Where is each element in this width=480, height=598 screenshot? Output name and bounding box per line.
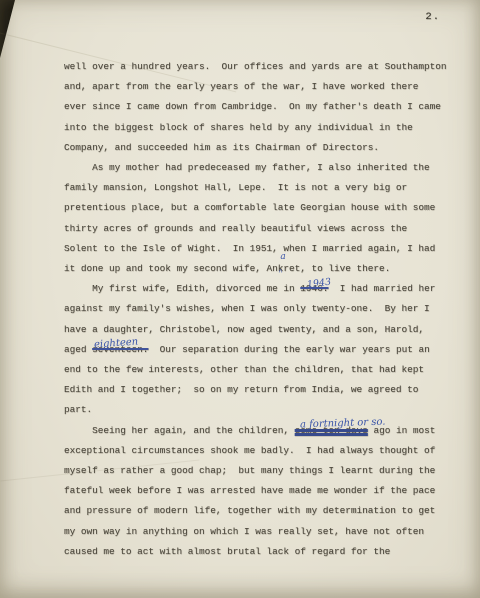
struck-text-group: seventeen.eighteen <box>92 340 148 360</box>
typed-text: ret, to live there. <box>283 263 390 274</box>
typed-text: well over a hundred years. Our offices a… <box>64 61 447 72</box>
typed-text: Seeing her again, and the children, <box>64 425 295 436</box>
typed-text: caused me to act with almost brutal lack… <box>64 546 390 557</box>
typed-text: myself as rather a good chap; but many t… <box>64 465 435 476</box>
caret-mark: ^ <box>278 270 282 277</box>
page-number: 2. <box>425 11 440 23</box>
typed-line: As my mother had predeceased my father, … <box>64 158 468 178</box>
typed-text: family mansion, Longshot Hall, Lepe. It … <box>64 182 407 193</box>
typed-text: aged <box>64 344 92 355</box>
typed-line: against my family's wishes, when I was o… <box>64 299 468 319</box>
typed-line: caused me to act with almost brutal lack… <box>64 542 468 562</box>
typed-text: my own way in anything on which I was re… <box>64 526 424 537</box>
typed-line: family mansion, Longshot Hall, Lepe. It … <box>64 178 468 198</box>
typed-text: fateful week before I was arrested have … <box>64 485 435 496</box>
typed-text: part. <box>64 404 92 415</box>
typed-line: Seeing her again, and the children, some… <box>64 421 468 441</box>
typed-text: Our separation during the early war year… <box>148 344 429 355</box>
typed-line: ever since I came down from Cambridge. O… <box>64 97 468 117</box>
typed-line: part. <box>64 400 468 420</box>
typed-line: into the biggest block of shares held by… <box>64 118 468 138</box>
typed-line: and pressure of modern life, together wi… <box>64 501 468 521</box>
typed-text: into the biggest block of shares held by… <box>64 122 413 133</box>
typed-text: As my mother had predeceased my father, … <box>64 162 430 173</box>
typed-text: against my family's wishes, when I was o… <box>64 303 430 314</box>
typed-line: my own way in anything on which I was re… <box>64 522 468 542</box>
typed-text: end to the few interests, other than the… <box>64 364 424 375</box>
typed-line: aged seventeen.eighteen Our separation d… <box>64 340 468 360</box>
typed-line: Solent to the Isle of Wight. In 1951, wh… <box>64 239 468 259</box>
typed-text: ever since I came down from Cambridge. O… <box>64 101 441 112</box>
typed-line: Company, and succeeded him as its Chairm… <box>64 138 468 158</box>
typed-line: My first wife, Edith, divorced me in 194… <box>64 279 468 299</box>
typed-line: end to the few interests, other than the… <box>64 360 468 380</box>
typed-line: thirty acres of grounds and really beaut… <box>64 219 468 239</box>
typed-line: pretentious place, but a comfortable lat… <box>64 198 468 218</box>
typed-text: exceptional circumstances shook me badly… <box>64 445 435 456</box>
typed-line: well over a hundred years. Our offices a… <box>64 57 468 77</box>
typed-text: pretentious place, but a comfortable lat… <box>64 202 435 213</box>
struck-text-group: some ten daysa fortnight or so. <box>295 421 368 441</box>
typed-text: it done up and took my second wife, Ank <box>64 263 283 274</box>
handwritten-inserted-letter: a <box>280 253 285 262</box>
scan-background-corner <box>0 0 16 60</box>
typed-line: exceptional circumstances shook me badly… <box>64 441 468 461</box>
typed-line: and, apart from the early years of the w… <box>64 77 468 97</box>
typed-text: have a daughter, Christobel, now aged tw… <box>64 324 424 335</box>
typed-lines: well over a hundred years. Our offices a… <box>64 57 468 562</box>
typed-text: thirty acres of grounds and really beaut… <box>64 223 407 234</box>
typed-line: myself as rather a good chap; but many t… <box>64 461 468 481</box>
typed-line: it done up and took my second wife, Anka… <box>64 259 468 279</box>
typed-text: Edith and I together; so on my return fr… <box>64 384 418 395</box>
typed-text: Company, and succeeded him as its Chairm… <box>64 142 379 153</box>
typed-text: My first wife, Edith, divorced me in <box>64 283 300 294</box>
typed-line: fateful week before I was arrested have … <box>64 481 468 501</box>
typed-line: Edith and I together; so on my return fr… <box>64 380 468 400</box>
scanned-document-page: 2. well over a hundred years. Our office… <box>0 0 480 598</box>
typed-text: and, apart from the early years of the w… <box>64 81 418 92</box>
typed-text: Solent to the Isle of Wight. In 1951, wh… <box>64 243 435 254</box>
struck-text-group: 1946.1943 <box>300 279 328 299</box>
typed-text: I had married her <box>328 283 435 294</box>
typed-text: and pressure of modern life, together wi… <box>64 505 435 516</box>
